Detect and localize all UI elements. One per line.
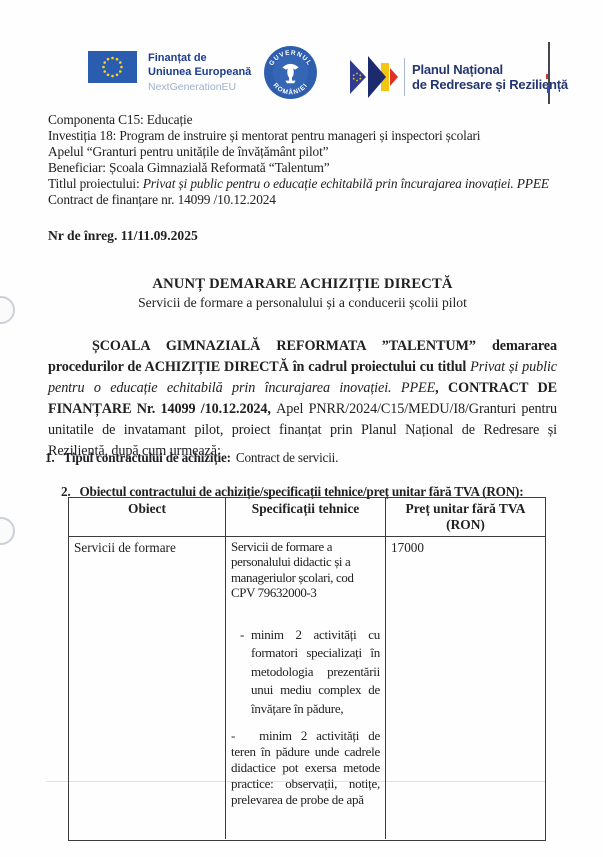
pnrr-triangles-icon: [350, 55, 398, 99]
investment-line: Investiția 18: Program de instruire și m…: [48, 128, 549, 144]
bullet-dash: -: [240, 626, 244, 645]
column-header-specificatii: Specificații tehnice: [226, 498, 386, 536]
cell-pret: 17000: [386, 537, 545, 839]
item-1-text: Contract de servicii.: [236, 450, 338, 465]
eu-funding-text: Finanțat de Uniunea Europeană NextGenera…: [148, 51, 251, 93]
scan-vertical-line-artifact: [548, 42, 550, 104]
pnrr-title-line1: Planul Național: [412, 62, 568, 78]
column-header-obiect: Obiect: [69, 498, 226, 536]
call-line: Apelul “Granturi pentru unitățile de înv…: [48, 144, 549, 160]
pnrr-logo: Planul Național de Redresare și Rezilien…: [350, 55, 568, 99]
intro-paragraph: ȘCOALA GIMNAZIALĂ REFORMATA ”TALENTUM” d…: [48, 336, 557, 462]
table-row: Servicii de formare Servicii de formare …: [69, 537, 545, 839]
component-line: Componenta C15: Educație: [48, 112, 549, 128]
spec-line: Servicii de formare a: [231, 540, 380, 555]
bullet-dash: -: [231, 728, 235, 743]
list-item-1: 1.Tipul contractului de achiziție:Contra…: [45, 450, 338, 466]
spec-bullet-1: -minim 2 activități cu formatori special…: [231, 626, 380, 719]
registration-number: Nr de înreg. 11/11.09.2025: [48, 228, 198, 244]
project-title-italic: Privat și public pentru o educație echit…: [143, 176, 549, 191]
column-header-pret: Preț unitar fără TVA (RON): [386, 498, 545, 536]
project-title-label: Titlul proiectului:: [48, 176, 143, 191]
spec-bullet-1-text: minim 2 activități cu formatori speciali…: [251, 627, 380, 716]
project-info-block: Componenta C15: Educație Investiția 18: …: [48, 112, 549, 209]
government-seal-icon: GUVERNUL ROMÂNIEI: [262, 44, 319, 106]
procurement-table: Obiect Specificații tehnice Preț unitar …: [68, 497, 546, 841]
spec-bullet-2: -minim 2 activități de teren în pădure u…: [231, 728, 380, 809]
eu-funded-line1: Finanțat de: [148, 52, 251, 66]
cell-specificatii: Servicii de formare a personalului didac…: [226, 537, 386, 839]
document-header: Finanțat de Uniunea Europeană NextGenera…: [0, 0, 603, 112]
spec-bullet-2-text: minim 2 activități de teren în pădure un…: [231, 728, 380, 808]
table-header-row: Obiect Specificații tehnice Preț unitar …: [69, 498, 545, 537]
item-1-label: Tipul contractului de achiziție:: [64, 450, 231, 465]
beneficiary-line: Beneficiar: Școala Gimnazială Reformată …: [48, 160, 549, 176]
eu-flag-icon: [88, 51, 137, 93]
pnrr-title-line2: de Redresare și Reziliență: [412, 77, 568, 93]
eu-funding-logo: Finanțat de Uniunea Europeană NextGenera…: [88, 51, 251, 93]
spec-line: personalului didactic și a: [231, 555, 380, 570]
hole-punch-mark: [0, 517, 15, 545]
contract-line: Contract de finanțare nr. 14099 /10.12.2…: [48, 192, 549, 208]
announcement-subtitle: Servicii de formare a personalului și a …: [48, 295, 557, 311]
pnrr-logo-divider: [404, 58, 405, 96]
eu-funded-line2: Uniunea Europeană: [148, 66, 251, 80]
nextgeneu-label: NextGenerationEU: [148, 81, 251, 93]
announcement-title: ANUNȚ DEMARARE ACHIZIȚIE DIRECTĂ: [48, 276, 557, 293]
item-1-number: 1.: [45, 450, 55, 465]
scanned-document-page: Finanțat de Uniunea Europeană NextGenera…: [0, 0, 603, 857]
project-title-line: Titlul proiectului: Privat și public pen…: [48, 176, 549, 192]
hole-punch-mark: [0, 296, 15, 324]
spec-line: CPV 79632000-3: [231, 586, 380, 601]
cell-obiect: Servicii de formare: [69, 537, 226, 839]
spec-line: manageriulor școlari, cod: [231, 571, 380, 586]
